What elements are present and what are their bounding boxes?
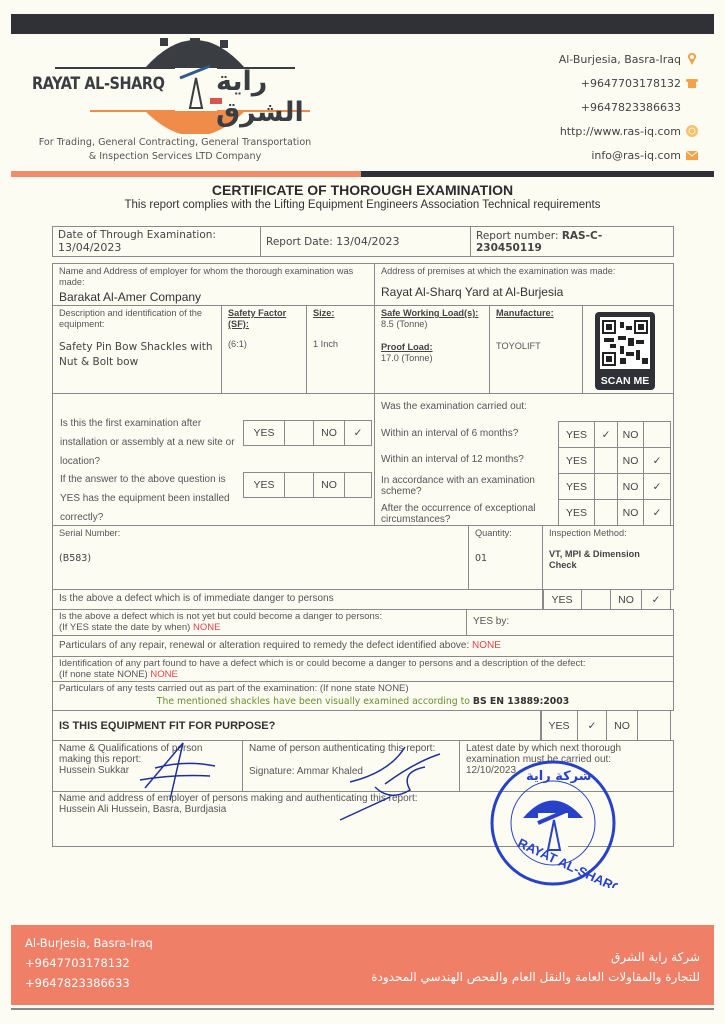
inspection-method-cell: Inspection Method: VT, MPI & Dimension C… (542, 525, 674, 590)
header-top-bar (11, 14, 714, 34)
authenticator-signature-icon (330, 742, 450, 822)
immediate-yes-box[interactable] (581, 589, 611, 610)
tests-standard: BS EN 13889:2003 (473, 696, 569, 707)
equipment-description: Safety Pin Bow Shackles with Nut & Bolt … (59, 340, 215, 370)
footer-phone-2: +9647823386633 (25, 973, 153, 993)
safety-factor-cell: Safety Factor (SF): (6:1) (221, 305, 307, 394)
quantity: 01 (475, 553, 536, 564)
report-info-bar: Date of Through Examination: 13/04/2023 … (52, 226, 674, 257)
interval-6-no-box[interactable] (643, 421, 671, 448)
exceptional-no-box[interactable]: ✓ (643, 499, 671, 526)
installed-yes-box[interactable] (284, 472, 314, 498)
divider-orange (11, 171, 361, 177)
safety-factor: (6:1) (228, 339, 300, 350)
interval-12-yes-no: YES NO ✓ (559, 447, 671, 474)
installed-no-box[interactable] (344, 472, 372, 498)
report-date-cell: Report Date: 13/04/2023 (261, 227, 471, 257)
location-pin-icon (685, 52, 699, 66)
report-date: 13/04/2023 (336, 235, 399, 248)
company-tagline: For Trading, General Contracting, Genera… (30, 136, 320, 164)
interval-12-question: Within an interval of 12 months? (381, 454, 524, 465)
premises-cell: Address of premises at which the examina… (374, 263, 674, 306)
first-exam-no-box[interactable]: ✓ (344, 420, 372, 446)
contact-email[interactable]: info@ras-iq.com (559, 143, 699, 167)
manufacturer: TOYOLIFT (496, 341, 576, 352)
footer-address: Al-Burjesia, Basra-Iraq (25, 933, 153, 953)
size: 1 Inch (313, 339, 368, 350)
divider-dark (361, 171, 714, 177)
certificate-title: CERTIFICATE OF THOROUGH EXAMINATION (0, 182, 725, 198)
serial-cell: Serial Number: (B583) (52, 525, 469, 590)
footer-arabic-name: شركة راية الشرق للتجارة والمقاولات العام… (371, 947, 700, 987)
maker-signature-icon (135, 738, 225, 803)
first-exam-question: Is this the first examination after inst… (60, 414, 240, 471)
yes-by-cell: YES by: (466, 609, 674, 636)
exam-scheme-no-box[interactable]: ✓ (643, 473, 671, 500)
interval-6-question: Within an interval of 6 months? (381, 428, 518, 439)
footer-bottom-line (11, 1008, 714, 1010)
first-exam-yes-box[interactable] (284, 420, 314, 446)
proof-load: 17.0 (Tonne) (381, 353, 483, 364)
company-name-en: RAYAT AL-SHARQ (32, 74, 164, 94)
telephone-icon (685, 76, 699, 90)
exceptional-question: After the occurrence of exceptional circ… (381, 503, 551, 525)
globe-icon (685, 124, 699, 138)
size-cell: Size: 1 Inch (306, 305, 375, 394)
premises-address: Rayat Al-Sharq Yard at Al-Burjesia (381, 285, 667, 299)
certificate-subtitle: This report complies with the Lifting Eq… (0, 199, 725, 211)
description-cell: Description and identification of the eq… (52, 305, 222, 394)
report-number-cell: Report number: RAS-C-230450119 (471, 227, 674, 257)
repair-value: NONE (472, 640, 501, 651)
company-name-ar: راية الشرق (216, 66, 330, 128)
interval-12-yes-box[interactable] (594, 447, 618, 474)
envelope-icon (685, 148, 699, 162)
installed-correctly-question: If the answer to the above question is Y… (60, 470, 240, 527)
immediate-no-box[interactable]: ✓ (641, 589, 671, 610)
exam-scheme-yes-box[interactable] (594, 473, 618, 500)
contact-phone-1: +9647703178132 (559, 71, 699, 95)
repair-cell: Particulars of any repair, renewal or al… (52, 635, 674, 657)
inspection-method: VT, MPI & Dimension Check (549, 549, 667, 571)
safe-working-load: 8.5 (Tonne) (381, 319, 483, 330)
serial-number: (B583) (59, 553, 462, 564)
exam-scheme-question: In accordance with an examination scheme… (381, 475, 551, 497)
company-logo: RAYAT AL-SHARQ راية الشرق (20, 38, 330, 134)
identification-cell: Identification of any part found to have… (52, 656, 674, 682)
scan-me-label: SCAN ME (595, 375, 655, 387)
contact-website[interactable]: http://www.ras-iq.com (559, 119, 699, 143)
exam-date-cell: Date of Through Examination: 13/04/2023 (53, 227, 261, 257)
identification-value: NONE (150, 669, 177, 680)
manufacture-cell: Manufacture: TOYOLIFT (489, 305, 583, 394)
qr-code[interactable]: SCAN ME (595, 312, 655, 390)
immediate-danger-yes-no: YES NO ✓ (543, 589, 671, 610)
tests-description: The mentioned shackles have been visuall… (157, 696, 470, 707)
fit-no-box[interactable] (637, 710, 671, 741)
fit-yes-box[interactable]: ✓ (577, 710, 607, 741)
qr-code-icon (600, 317, 650, 369)
tests-cell: Particulars of any tests carried out as … (52, 681, 674, 711)
contact-phone-2: +9647823386633 (559, 95, 699, 119)
exceptional-yes-box[interactable] (594, 499, 618, 526)
svg-text:شركة راية: شركة راية (526, 769, 592, 784)
future-danger-value: NONE (193, 622, 220, 633)
interval-12-no-box[interactable]: ✓ (643, 447, 671, 474)
footer-contacts: Al-Burjesia, Basra-Iraq +9647703178132 +… (25, 933, 153, 993)
interval-6-yes-no: YES ✓ NO (559, 421, 671, 448)
footer-phone-1: +9647703178132 (25, 953, 153, 973)
immediate-danger-cell: Is the above a defect which is of immedi… (52, 589, 544, 610)
fit-for-purpose-yes-no: YES ✓ NO (541, 710, 671, 741)
company-stamp-icon: RAYAT AL-SHARQ Co. شركة راية (488, 758, 618, 888)
first-exam-yes-no: YES NO ✓ (244, 420, 372, 446)
employer-cell: Name and Address of employer for whom th… (52, 263, 375, 306)
exam-date: 13/04/2023 (58, 241, 121, 254)
contact-list: Al-Burjesia, Basra-Iraq +9647703178132 +… (559, 47, 699, 167)
employer-name: Barakat Al-Amer Company (59, 290, 368, 304)
first-exam-cell: Is this the first examination after inst… (52, 393, 375, 526)
interval-6-yes-box[interactable]: ✓ (594, 421, 618, 448)
contact-address: Al-Burjesia, Basra-Iraq (559, 47, 699, 71)
fit-for-purpose-question: IS THIS EQUIPMENT FIT FOR PURPOSE? (59, 720, 535, 732)
footer-band: Al-Burjesia, Basra-Iraq +9647703178132 +… (11, 925, 714, 1005)
exam-scheme-yes-no: YES NO ✓ (559, 473, 671, 500)
future-danger-cell: Is the above a defect which is not yet b… (52, 609, 467, 636)
quantity-cell: Quantity: 01 (468, 525, 543, 590)
exceptional-yes-no: YES NO ✓ (559, 499, 671, 526)
installed-correctly-yes-no: YES NO (244, 472, 372, 498)
load-cell: Safe Working Load(s): 8.5 (Tonne) Proof … (374, 305, 490, 394)
fit-for-purpose-cell: IS THIS EQUIPMENT FIT FOR PURPOSE? (52, 710, 542, 741)
